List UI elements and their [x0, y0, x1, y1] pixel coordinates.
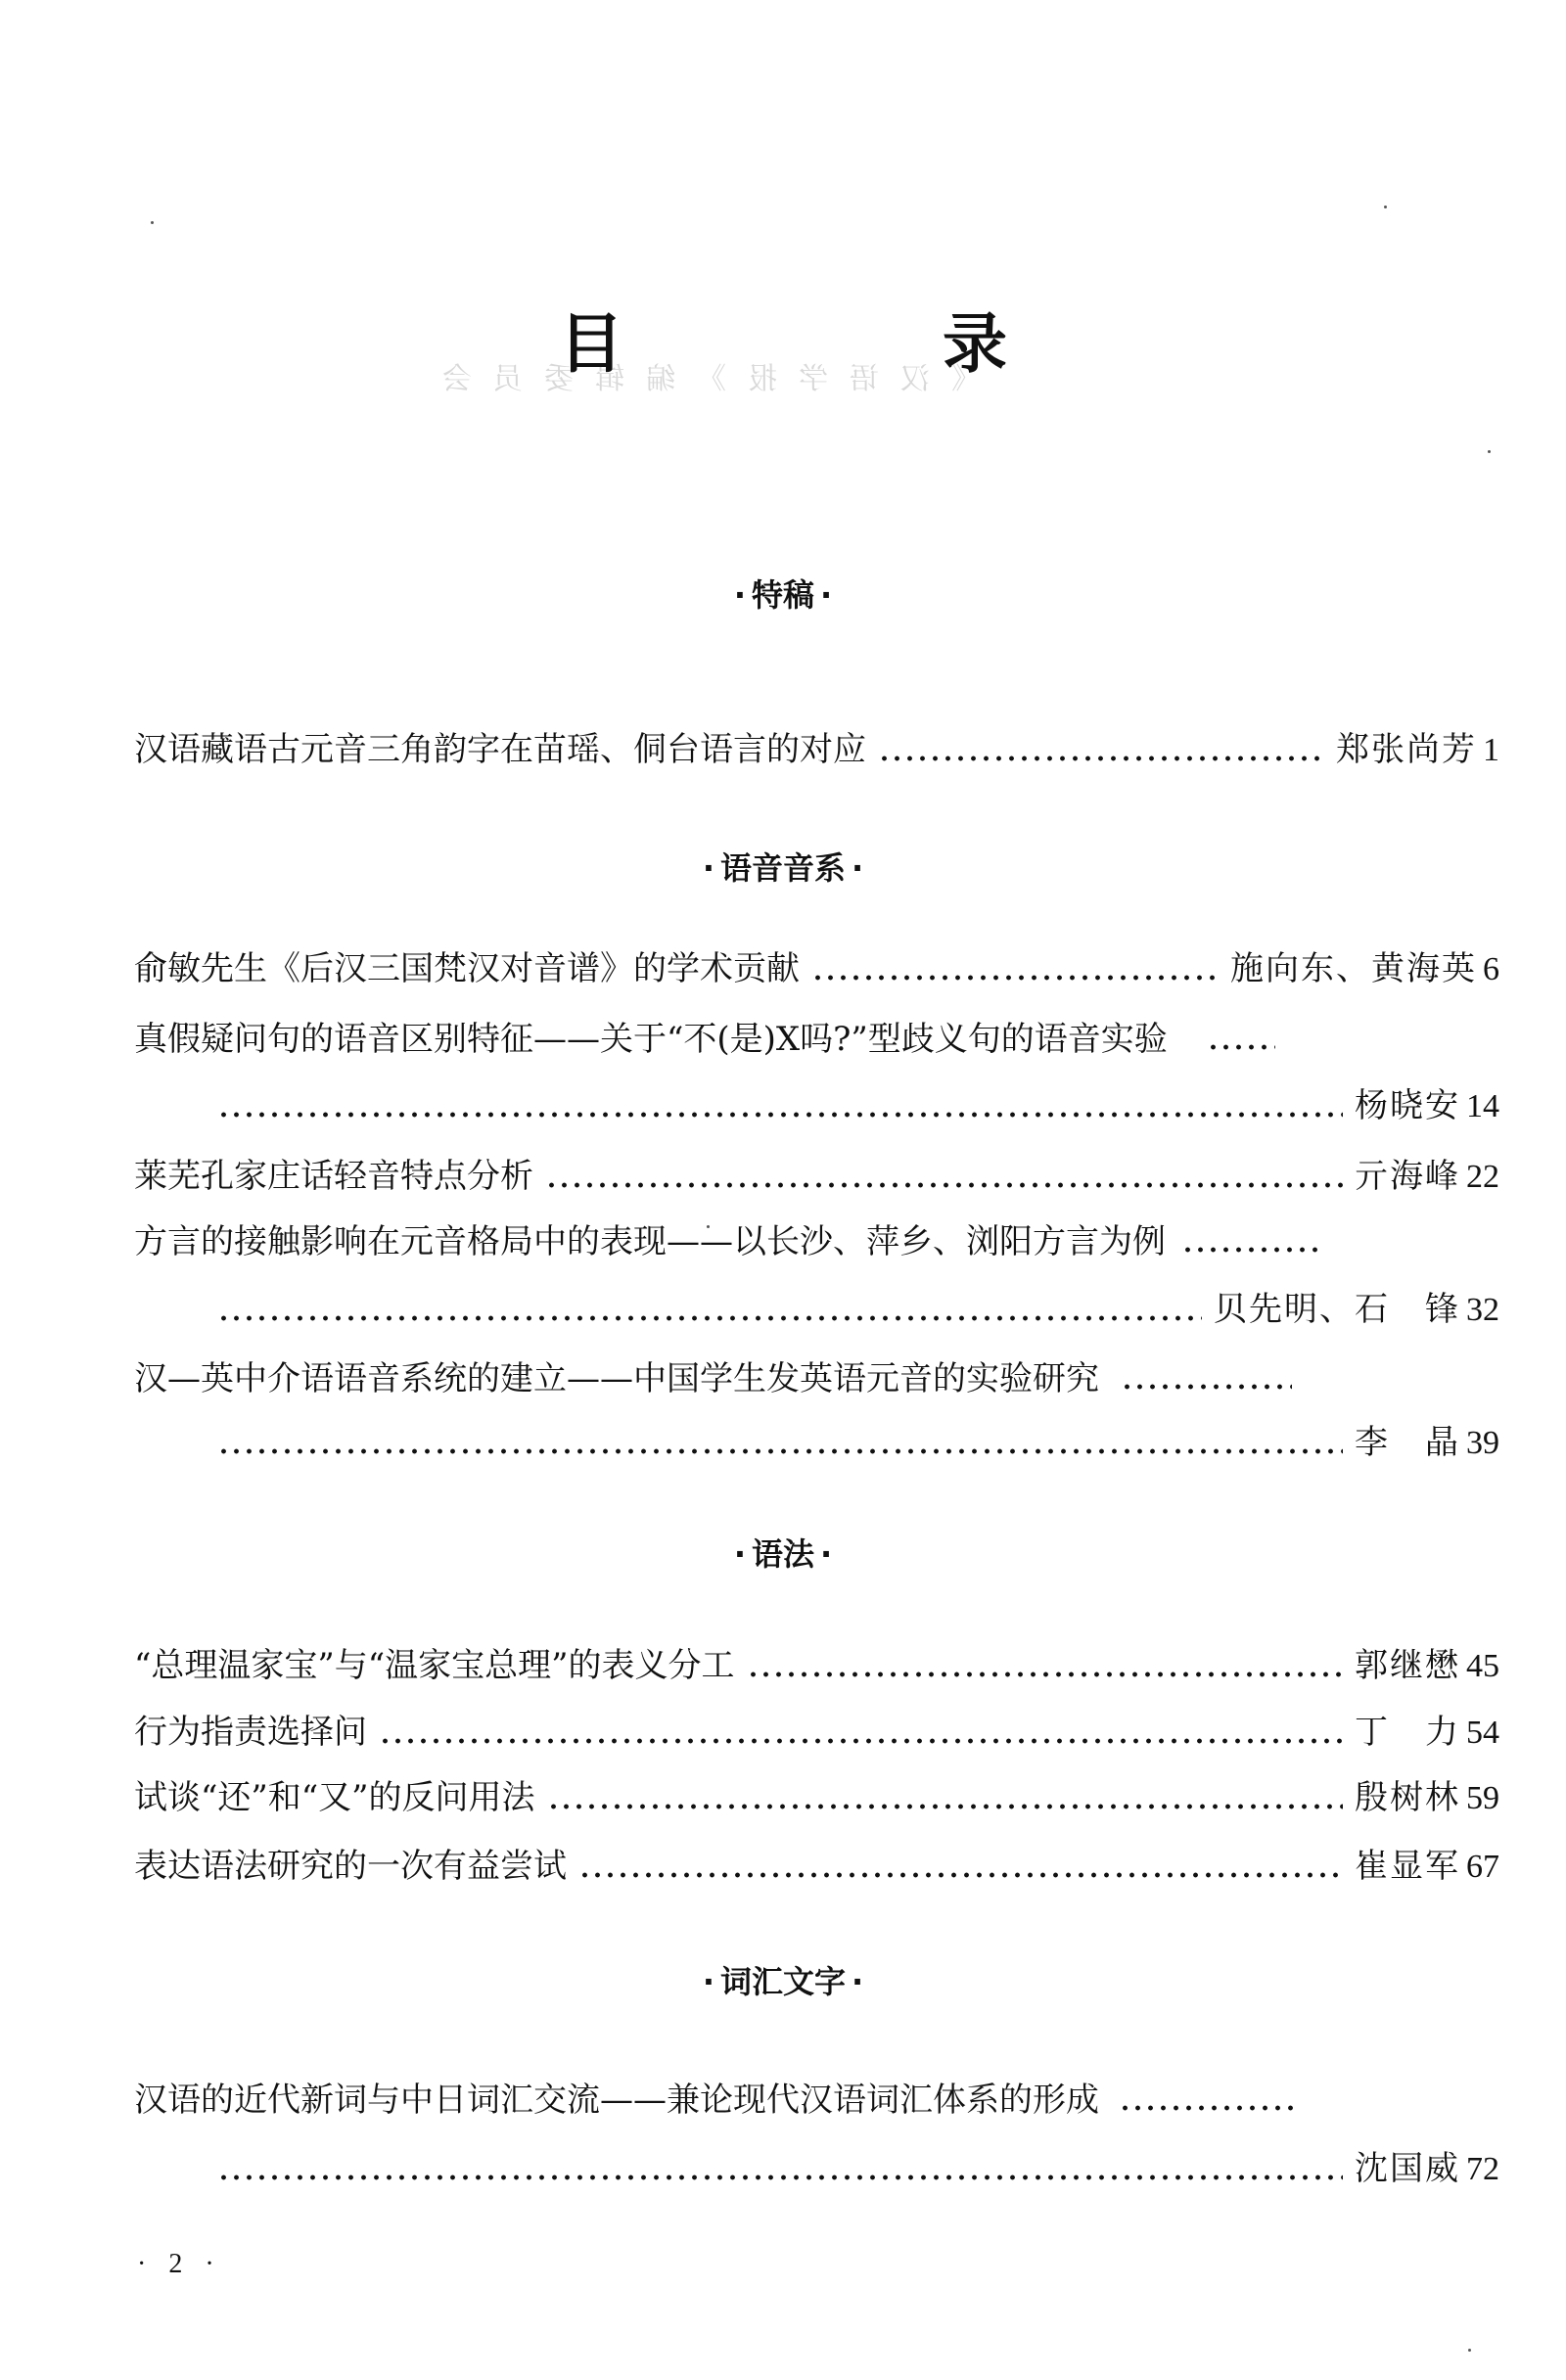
toc-entry[interactable]: 方言的接触影响在元音格局中的表现——以长沙、萍乡、浏阳方言为例	[134, 1220, 1499, 1263]
toc-entry-author: 沈国威	[1355, 2147, 1460, 2190]
toc-entry-author: 殷树林	[1355, 1776, 1460, 1819]
section-heading-label: 词汇文字	[720, 1963, 846, 2000]
toc-entry-title: 试谈“还”和“又”的反问用法	[134, 1776, 535, 1819]
toc-entry[interactable]: “总理温家宝”与“温家宝总理”的表义分工 郭继懋 45	[134, 1644, 1499, 1688]
toc-entry-title: 方言的接触影响在元音格局中的表现——以长沙、萍乡、浏阳方言为例	[134, 1220, 1166, 1263]
toc-entry-author: 丁 力	[1355, 1711, 1460, 1754]
toc-entry-title: 汉语的近代新词与中日词汇交流——兼论现代汉语词汇体系的形成	[134, 2079, 1099, 2122]
page-number: · 2 ·	[137, 2249, 222, 2280]
bullet-dot-icon: ·	[728, 1535, 752, 1573]
toc-entry-page: 22	[1466, 1156, 1499, 1199]
section-heading-lexicon: ·词汇文字·	[0, 1962, 1566, 2001]
toc-entry-continuation[interactable]: 李 晶 39	[217, 1421, 1499, 1465]
section-heading-label: 特稿	[752, 576, 814, 614]
section-heading-special: ·特稿·	[0, 575, 1566, 615]
toc-entry-title: 汉—英中介语语音系统的建立——中国学生发英语元音的实验研究	[134, 1357, 1099, 1400]
dot-leader	[1207, 1044, 1275, 1050]
bullet-dot-icon: ·	[814, 1535, 838, 1573]
dot-leader	[379, 1738, 1343, 1744]
toc-entry-title: “总理温家宝”与“温家宝总理”的表义分工	[134, 1644, 735, 1687]
bullet-dot-icon: ·	[814, 576, 838, 614]
bullet-dot-icon: ·	[846, 1963, 869, 2000]
toc-entry-page: 59	[1466, 1777, 1499, 1820]
toc-entry-title: 行为指责选择问	[134, 1711, 367, 1754]
toc-entry-author: 崔显军	[1355, 1845, 1460, 1888]
dot-leader	[1119, 2105, 1300, 2111]
section-heading-label: 语法	[752, 1535, 814, 1573]
scan-speck	[707, 1225, 710, 1228]
toc-entry-author: 贝先明、石 锋	[1214, 1288, 1460, 1331]
toc-entry-title: 莱芜孔家庄话轻音特点分析	[134, 1155, 533, 1198]
toc-entry-author: 郭继懋	[1355, 1644, 1460, 1687]
dot-leader	[1181, 1247, 1318, 1253]
toc-entry-continuation[interactable]: 贝先明、石 锋 32	[217, 1288, 1499, 1332]
toc-entry-continuation[interactable]: 沈国威 72	[217, 2147, 1499, 2191]
dot-leader	[545, 1182, 1343, 1188]
dot-leader	[1121, 1384, 1292, 1390]
bullet-dot-icon: ·	[697, 849, 720, 887]
scan-speck	[1384, 206, 1387, 208]
toc-entry[interactable]: 俞敏先生《后汉三国梵汉对音谱》的学术贡献 施向东、黄海英 6	[134, 947, 1499, 991]
dot-leader	[547, 1804, 1343, 1809]
scan-speck	[1468, 2349, 1471, 2352]
scan-speck	[151, 221, 154, 224]
toc-entry[interactable]: 真假疑问句的语音区别特征——关于“不(是)X吗?”型歧义句的语音实验	[134, 1018, 1499, 1061]
toc-entry-page: 67	[1466, 1846, 1499, 1889]
dot-leader	[217, 1112, 1343, 1118]
toc-entry-page: 45	[1466, 1645, 1499, 1688]
toc-entry[interactable]: 试谈“还”和“又”的反问用法 殷树林 59	[134, 1776, 1499, 1820]
dot-leader	[811, 975, 1219, 981]
dot-leader	[217, 2174, 1343, 2180]
toc-entry[interactable]: 行为指责选择问 丁 力 54	[134, 1711, 1499, 1755]
toc-entry[interactable]: 莱芜孔家庄话轻音特点分析 亓海峰 22	[134, 1155, 1499, 1199]
toc-entry[interactable]: 汉语的近代新词与中日词汇交流——兼论现代汉语词汇体系的形成	[134, 2079, 1499, 2122]
toc-entry-author: 郑张尚芳	[1336, 728, 1477, 771]
toc-entry-page: 54	[1466, 1712, 1499, 1755]
toc-entry-page: 6	[1483, 948, 1499, 991]
dot-leader	[578, 1872, 1343, 1878]
dot-leader	[878, 755, 1324, 761]
toc-entry-page: 14	[1466, 1085, 1499, 1128]
dot-leader	[217, 1448, 1343, 1454]
toc-entry-continuation[interactable]: 杨晓安 14	[217, 1084, 1499, 1128]
toc-entry-author: 杨晓安	[1355, 1084, 1460, 1127]
section-heading-phonology: ·语音音系·	[0, 848, 1566, 888]
dot-leader	[217, 1315, 1202, 1321]
toc-entry-title: 俞敏先生《后汉三国梵汉对音谱》的学术贡献	[134, 947, 800, 990]
bullet-dot-icon: ·	[697, 1963, 720, 2000]
toc-entry-title: 表达语法研究的一次有益尝试	[134, 1845, 567, 1888]
section-heading-grammar: ·语法·	[0, 1534, 1566, 1574]
dot-leader	[747, 1671, 1343, 1677]
toc-entry[interactable]: 汉语藏语古元音三角韵字在苗瑶、侗台语言的对应 郑张尚芳 1	[134, 728, 1499, 772]
toc-entry-title: 汉语藏语古元音三角韵字在苗瑶、侗台语言的对应	[134, 728, 866, 771]
toc-entry-title: 真假疑问句的语音区别特征——关于“不(是)X吗?”型歧义句的语音实验	[134, 1018, 1168, 1061]
toc-entry-author: 李 晶	[1355, 1421, 1460, 1464]
page-title: 目 录	[0, 305, 1566, 384]
toc-entry-author: 亓海峰	[1355, 1155, 1460, 1198]
scan-speck	[1488, 450, 1491, 453]
toc-entry-author: 施向东、黄海英	[1230, 947, 1477, 990]
toc-entry-page: 32	[1466, 1289, 1499, 1332]
toc-entry-page: 39	[1466, 1422, 1499, 1465]
section-heading-label: 语音音系	[720, 849, 846, 887]
bullet-dot-icon: ·	[846, 849, 869, 887]
toc-entry[interactable]: 表达语法研究的一次有益尝试 崔显军 67	[134, 1845, 1499, 1889]
toc-entry-page: 72	[1466, 2148, 1499, 2191]
toc-entry-page: 1	[1483, 729, 1499, 772]
toc-entry[interactable]: 汉—英中介语语音系统的建立——中国学生发英语元音的实验研究	[134, 1357, 1499, 1400]
bullet-dot-icon: ·	[728, 576, 752, 614]
